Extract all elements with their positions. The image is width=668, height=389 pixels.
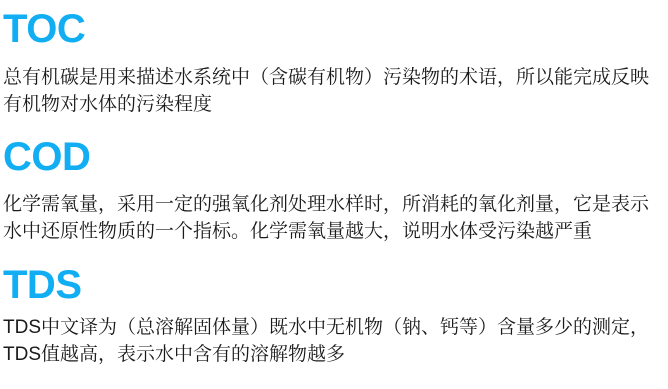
tds-heading: TDS: [3, 264, 660, 306]
cod-heading: COD: [3, 136, 660, 178]
section-toc: TOC 总有机碳是用来描述水系统中（含碳有机物）污染物的术语，所以能完成反映有机…: [3, 8, 660, 118]
section-tds: TDS TDS中文译为（总溶解固体量）既水中无机物（钠、钙等）含量多少的测定，T…: [3, 264, 660, 368]
toc-heading: TOC: [3, 8, 660, 50]
tds-description: TDS中文译为（总溶解固体量）既水中无机物（钠、钙等）含量多少的测定，TDS值越…: [3, 314, 660, 368]
section-cod: COD 化学需氧量，采用一定的强氧化剂处理水样时，所消耗的氧化剂量，它是表示水中…: [3, 136, 660, 245]
definitions-page: TOC 总有机碳是用来描述水系统中（含碳有机物）污染物的术语，所以能完成反映有机…: [0, 0, 668, 389]
cod-description: 化学需氧量，采用一定的强氧化剂处理水样时，所消耗的氧化剂量，它是表示水中还原性物…: [3, 191, 660, 245]
toc-description: 总有机碳是用来描述水系统中（含碳有机物）污染物的术语，所以能完成反映有机物对水体…: [3, 64, 660, 118]
